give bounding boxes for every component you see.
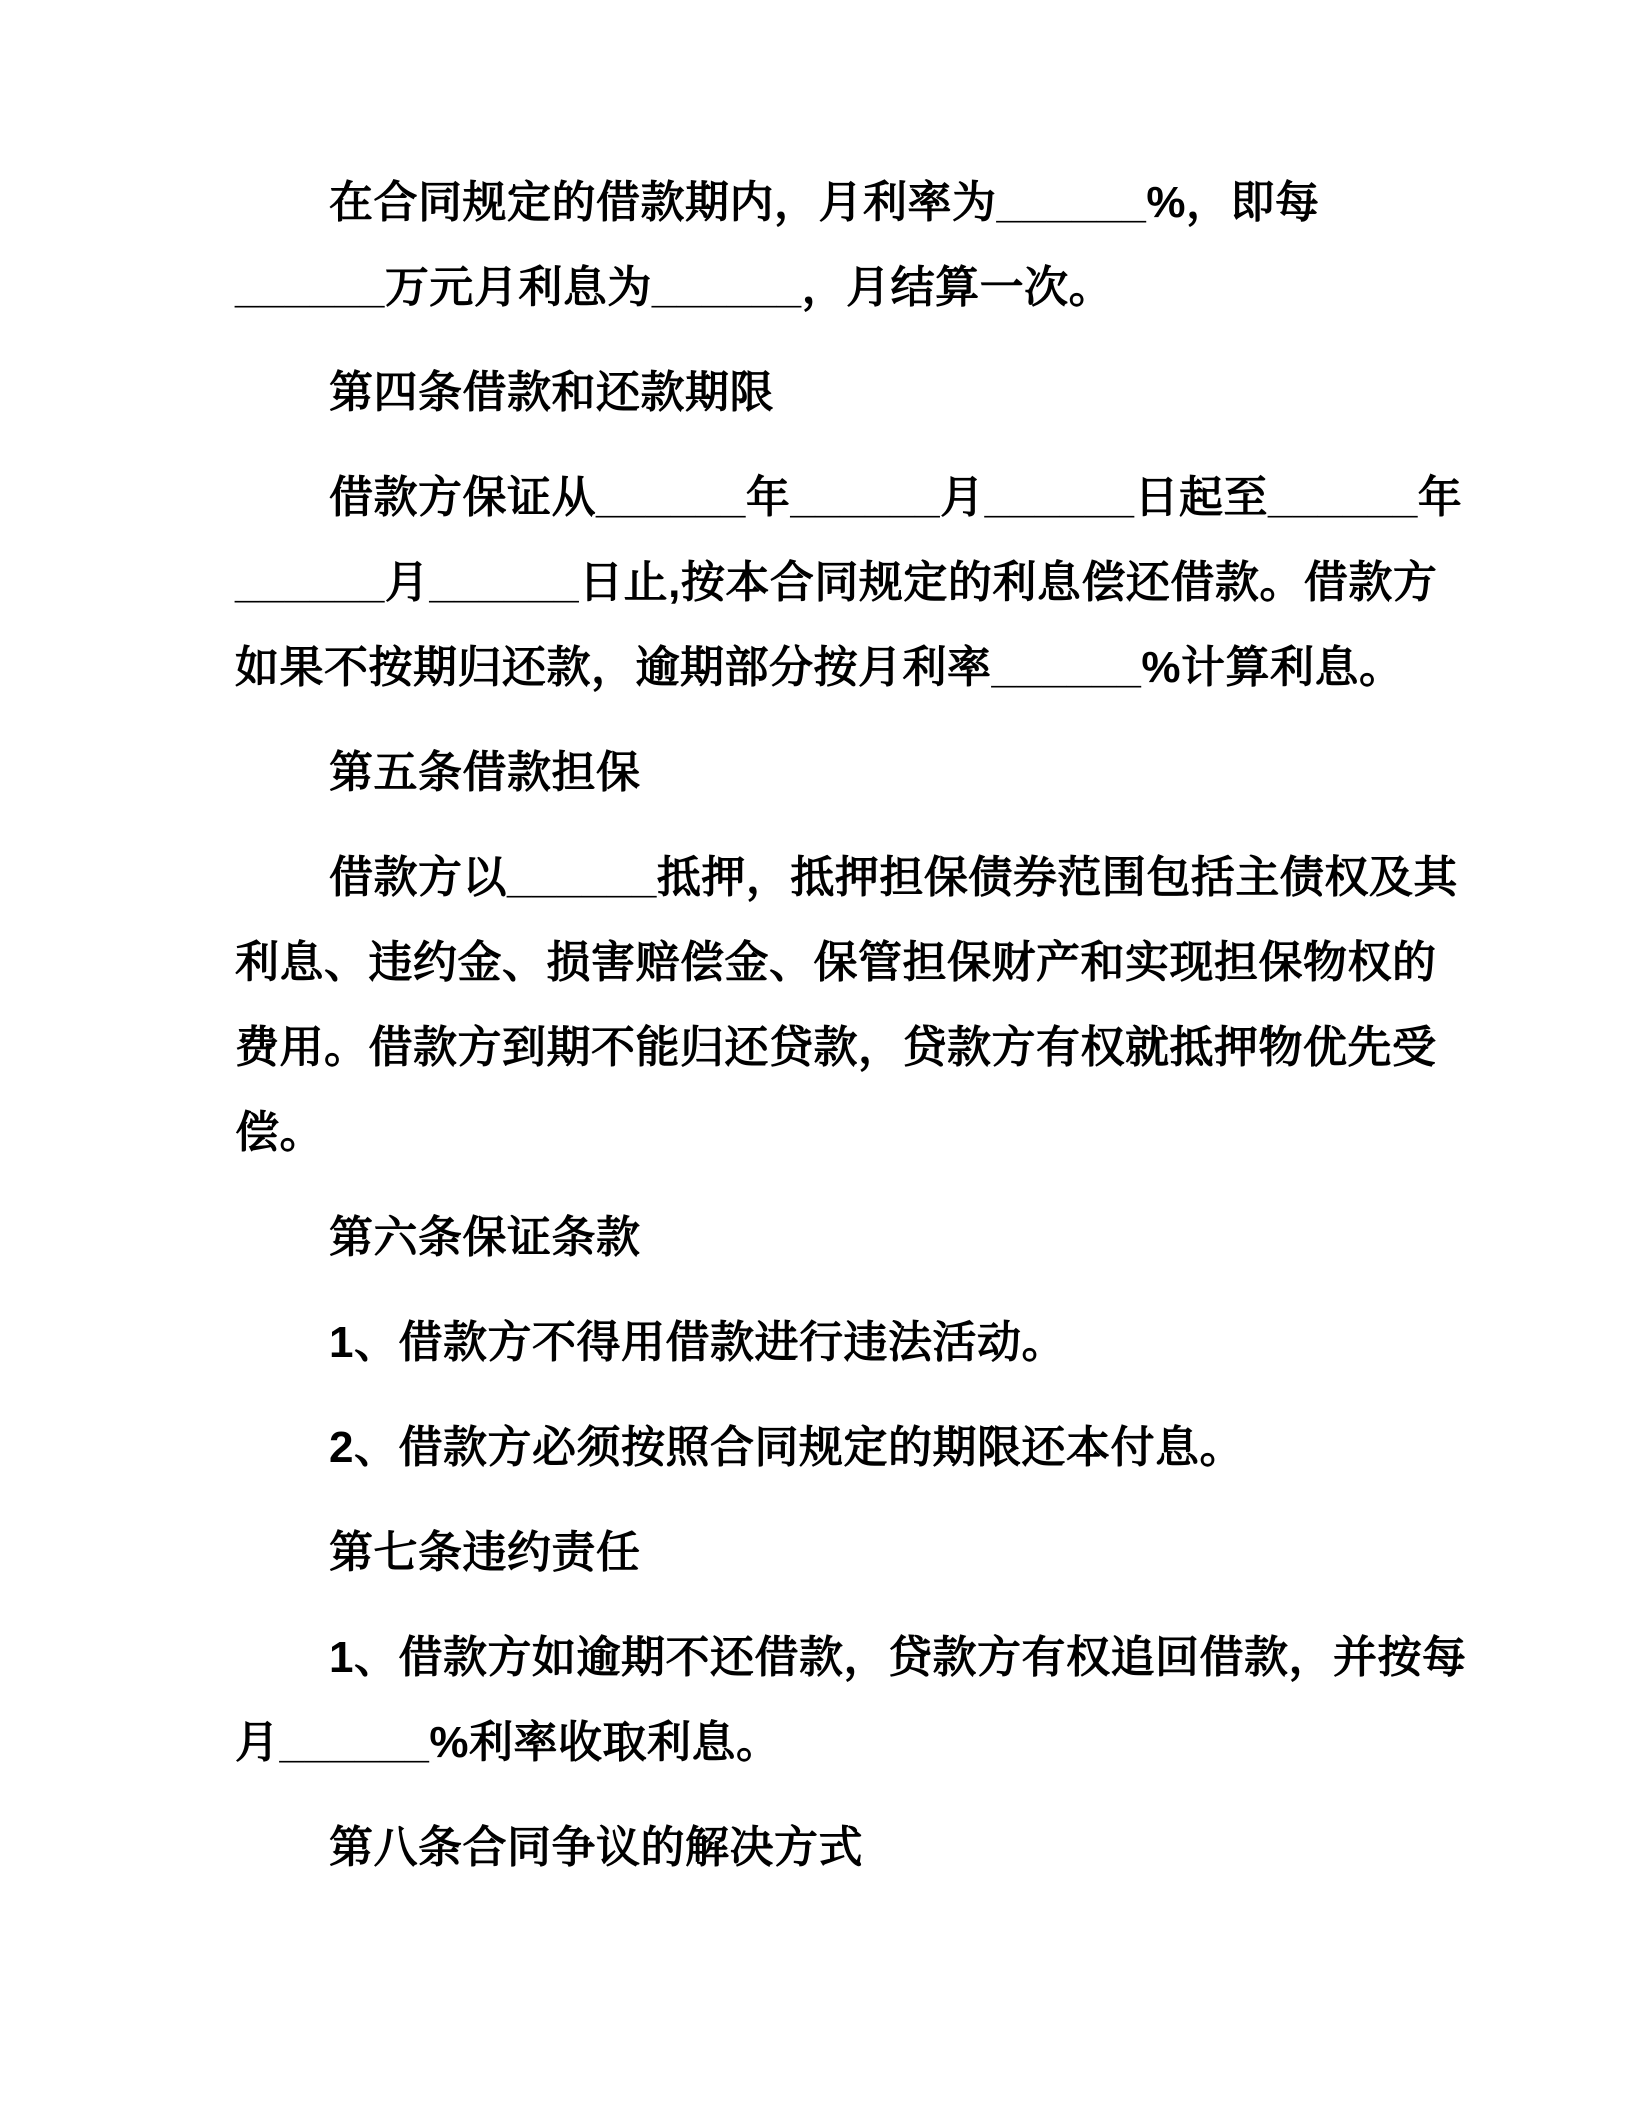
section-heading-article-8: 第八条合同争议的解决方式 (235, 1805, 1467, 1890)
section-heading-article-4: 第四条借款和还款期限 (235, 350, 1467, 435)
section-heading-article-7: 第七条违约责任 (235, 1510, 1467, 1595)
document-page: 在合同规定的借款期内，月利率为______%，即每______万元月利息为___… (0, 0, 1632, 2112)
body-paragraph-loan-term: 借款方保证从______年______月______日起至______年____… (235, 455, 1467, 710)
body-paragraph-collateral: 借款方以______抵押，抵押担保债券范围包括主债权及其利息、违约金、损害赔偿金… (235, 835, 1467, 1175)
list-item-guarantee-2: 2、借款方必须按照合同规定的期限还本付息。 (235, 1405, 1467, 1490)
body-paragraph-interest-rate: 在合同规定的借款期内，月利率为______%，即每______万元月利息为___… (235, 160, 1467, 330)
list-item-breach-1: 1、借款方如逾期不还借款，贷款方有权追回借款，并按每月______%利率收取利息… (235, 1615, 1467, 1785)
contract-body: 在合同规定的借款期内，月利率为______%，即每______万元月利息为___… (235, 160, 1467, 1890)
list-item-guarantee-1: 1、借款方不得用借款进行违法活动。 (235, 1300, 1467, 1385)
section-heading-article-6: 第六条保证条款 (235, 1195, 1467, 1280)
section-heading-article-5: 第五条借款担保 (235, 730, 1467, 815)
